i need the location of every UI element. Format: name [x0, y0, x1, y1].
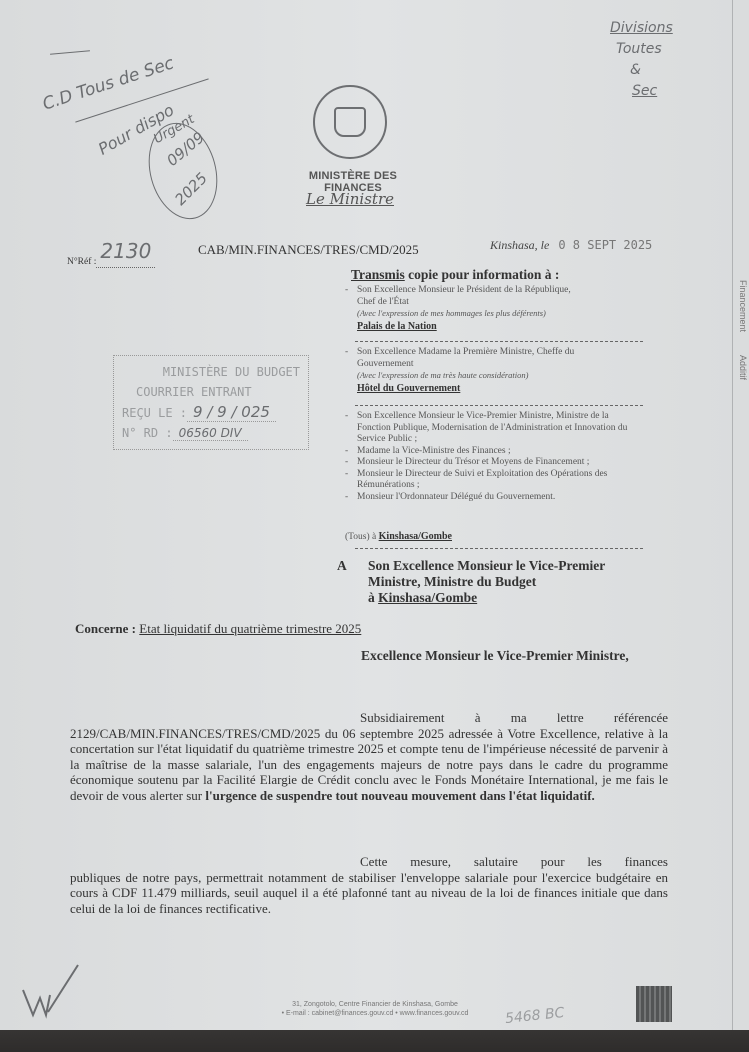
reference-code: CAB/MIN.FINANCES/TRES/CMD/2025: [198, 242, 419, 258]
divider: [355, 405, 643, 406]
coat-of-arms-seal: [313, 85, 387, 159]
subject-text: Etat liquidatif du quatrième trimestre 2…: [139, 621, 361, 636]
reference-number: 2130: [100, 239, 151, 263]
copy-to-title: Transmis copie pour information à :: [351, 267, 559, 283]
place-date: Kinshasa, le 0 8 SEPT 2025: [490, 238, 652, 253]
salutation: Excellence Monsieur le Vice-Premier Mini…: [361, 647, 667, 664]
footer-address: 31, Zongotolo, Centre Financier de Kinsh…: [230, 1000, 520, 1018]
stamp-number: 06560 DIV: [173, 426, 248, 441]
recipient-address: Son Excellence Monsieur le Vice-Premier …: [368, 558, 668, 606]
qr-code-icon: [636, 986, 672, 1022]
copy-to-group-2: - Son Excellence Madame la Première Mini…: [343, 347, 643, 394]
list-item: Monsieur le Directeur de Suivi et Exploi…: [343, 469, 643, 492]
subject-line: Concerne : Etat liquidatif du quatrième …: [75, 621, 361, 637]
reference-label: N°Réf :2130: [67, 245, 155, 269]
side-tab-label: Financement: [738, 280, 748, 332]
list-item: Monsieur le Directeur du Trésor et Moyen…: [343, 457, 643, 469]
side-tab-label: Additif: [738, 355, 748, 380]
stamp-date: 9 / 9 / 025: [187, 403, 276, 422]
divider: [355, 341, 643, 342]
divider: [355, 548, 643, 549]
handwritten-circle: [138, 115, 227, 227]
page-edge-divider: [732, 0, 733, 1030]
copy-to-list-footer: (Tous) à Kinshasa/Gombe: [345, 531, 452, 544]
urgent-request: l'urgence de suspendre tout nouveau mouv…: [205, 788, 594, 803]
received-stamp: MINISTÈRE DU BUDGET COURRIER ENTRANT REÇ…: [113, 355, 309, 450]
date-stamp: 0 8 SEPT 2025: [558, 238, 652, 252]
list-item: Madame la Vice-Ministre des Finances ;: [343, 446, 643, 458]
list-item: Son Excellence Monsieur le Vice-Premier …: [343, 411, 643, 446]
initials-scribble-icon: [18, 960, 88, 1020]
body-paragraph-1: Subsidiairement à ma lettre référencée 2…: [70, 710, 668, 803]
body-paragraph-2: Cette mesure, salutaire pour les finance…: [70, 854, 668, 916]
list-item: Monsieur l'Ordonnateur Délégué du Gouver…: [343, 492, 643, 504]
seal-icon: [313, 85, 387, 159]
copy-to-list: Son Excellence Monsieur le Vice-Premier …: [343, 411, 643, 503]
copy-to-group-1: - Son Excellence Monsieur le Président d…: [343, 285, 643, 332]
handwritten-annotation-top-right: Divisions Toutes & Sec: [610, 18, 720, 102]
recipient-marker: A: [337, 558, 347, 574]
handwritten-initials: [18, 960, 88, 1020]
handwritten-annotation-top-left: C.D Tous de Sec Pour dispo Urgent 09/09 …: [22, 40, 262, 220]
minister-title: Le Ministre: [300, 190, 400, 208]
